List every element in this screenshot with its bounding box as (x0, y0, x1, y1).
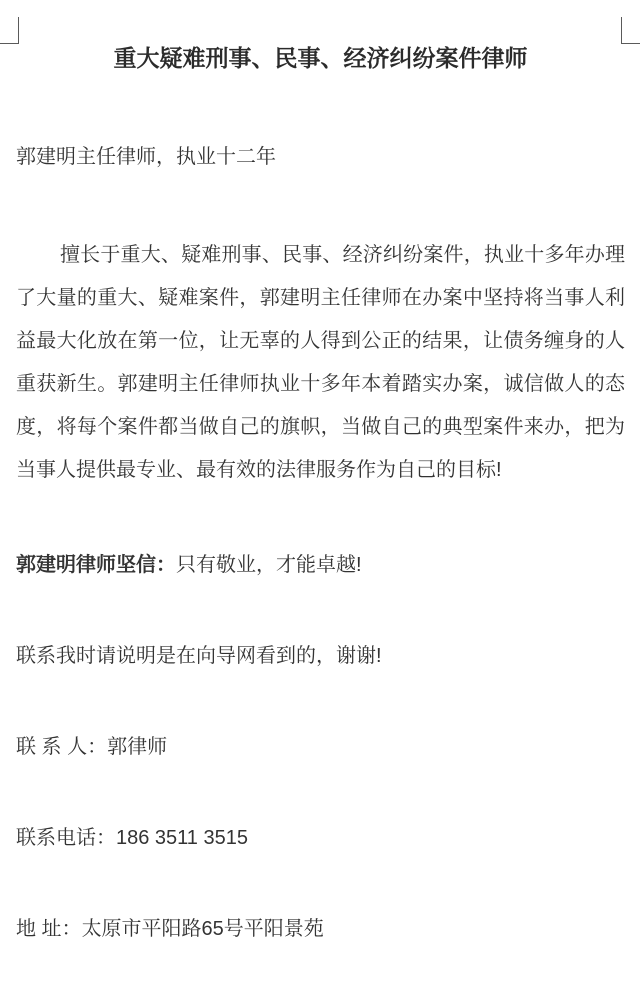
contact-note-text: 联系我时请说明是在向导网看到的，谢谢! (16, 635, 625, 678)
contact-phone-label: 联系电话： (16, 827, 116, 849)
page-title: 重大疑难刑事、民事、经济纠纷案件律师 (16, 41, 625, 75)
lawyer-intro-text: 郭建明主任律师，执业十二年 (16, 136, 625, 179)
contact-phone-value: 186 3511 3515 (116, 827, 248, 849)
belief-statement: 郭建明律师坚信：只有敬业，才能卓越! (16, 544, 625, 587)
contact-person-line: 联 系 人：郭律师 (16, 726, 625, 769)
document-content: 重大疑难刑事、民事、经济纠纷案件律师 郭建明主任律师，执业十二年 擅长于重大、疑… (16, 0, 625, 951)
address-value: 太原市平阳路65号平阳景苑 (82, 918, 324, 940)
address-label: 地 址： (16, 918, 82, 940)
document-page: 重大疑难刑事、民事、经济纠纷案件律师 郭建明主任律师，执业十二年 擅长于重大、疑… (0, 0, 640, 992)
lawyer-profile-paragraph: 擅长于重大、疑难刑事、民事、经济纠纷案件，执业十多年办理了大量的重大、疑难案件，… (16, 234, 625, 492)
belief-quote-text: 只有敬业，才能卓越! (176, 554, 362, 576)
belief-lead-bold-text: 郭建明律师坚信： (16, 554, 176, 576)
contact-phone-line: 联系电话：186 3511 3515 (16, 817, 625, 860)
contact-person-value: 郭律师 (107, 736, 167, 758)
contact-person-label: 联 系 人： (16, 736, 107, 758)
address-line: 地 址：太原市平阳路65号平阳景苑 (16, 908, 625, 951)
